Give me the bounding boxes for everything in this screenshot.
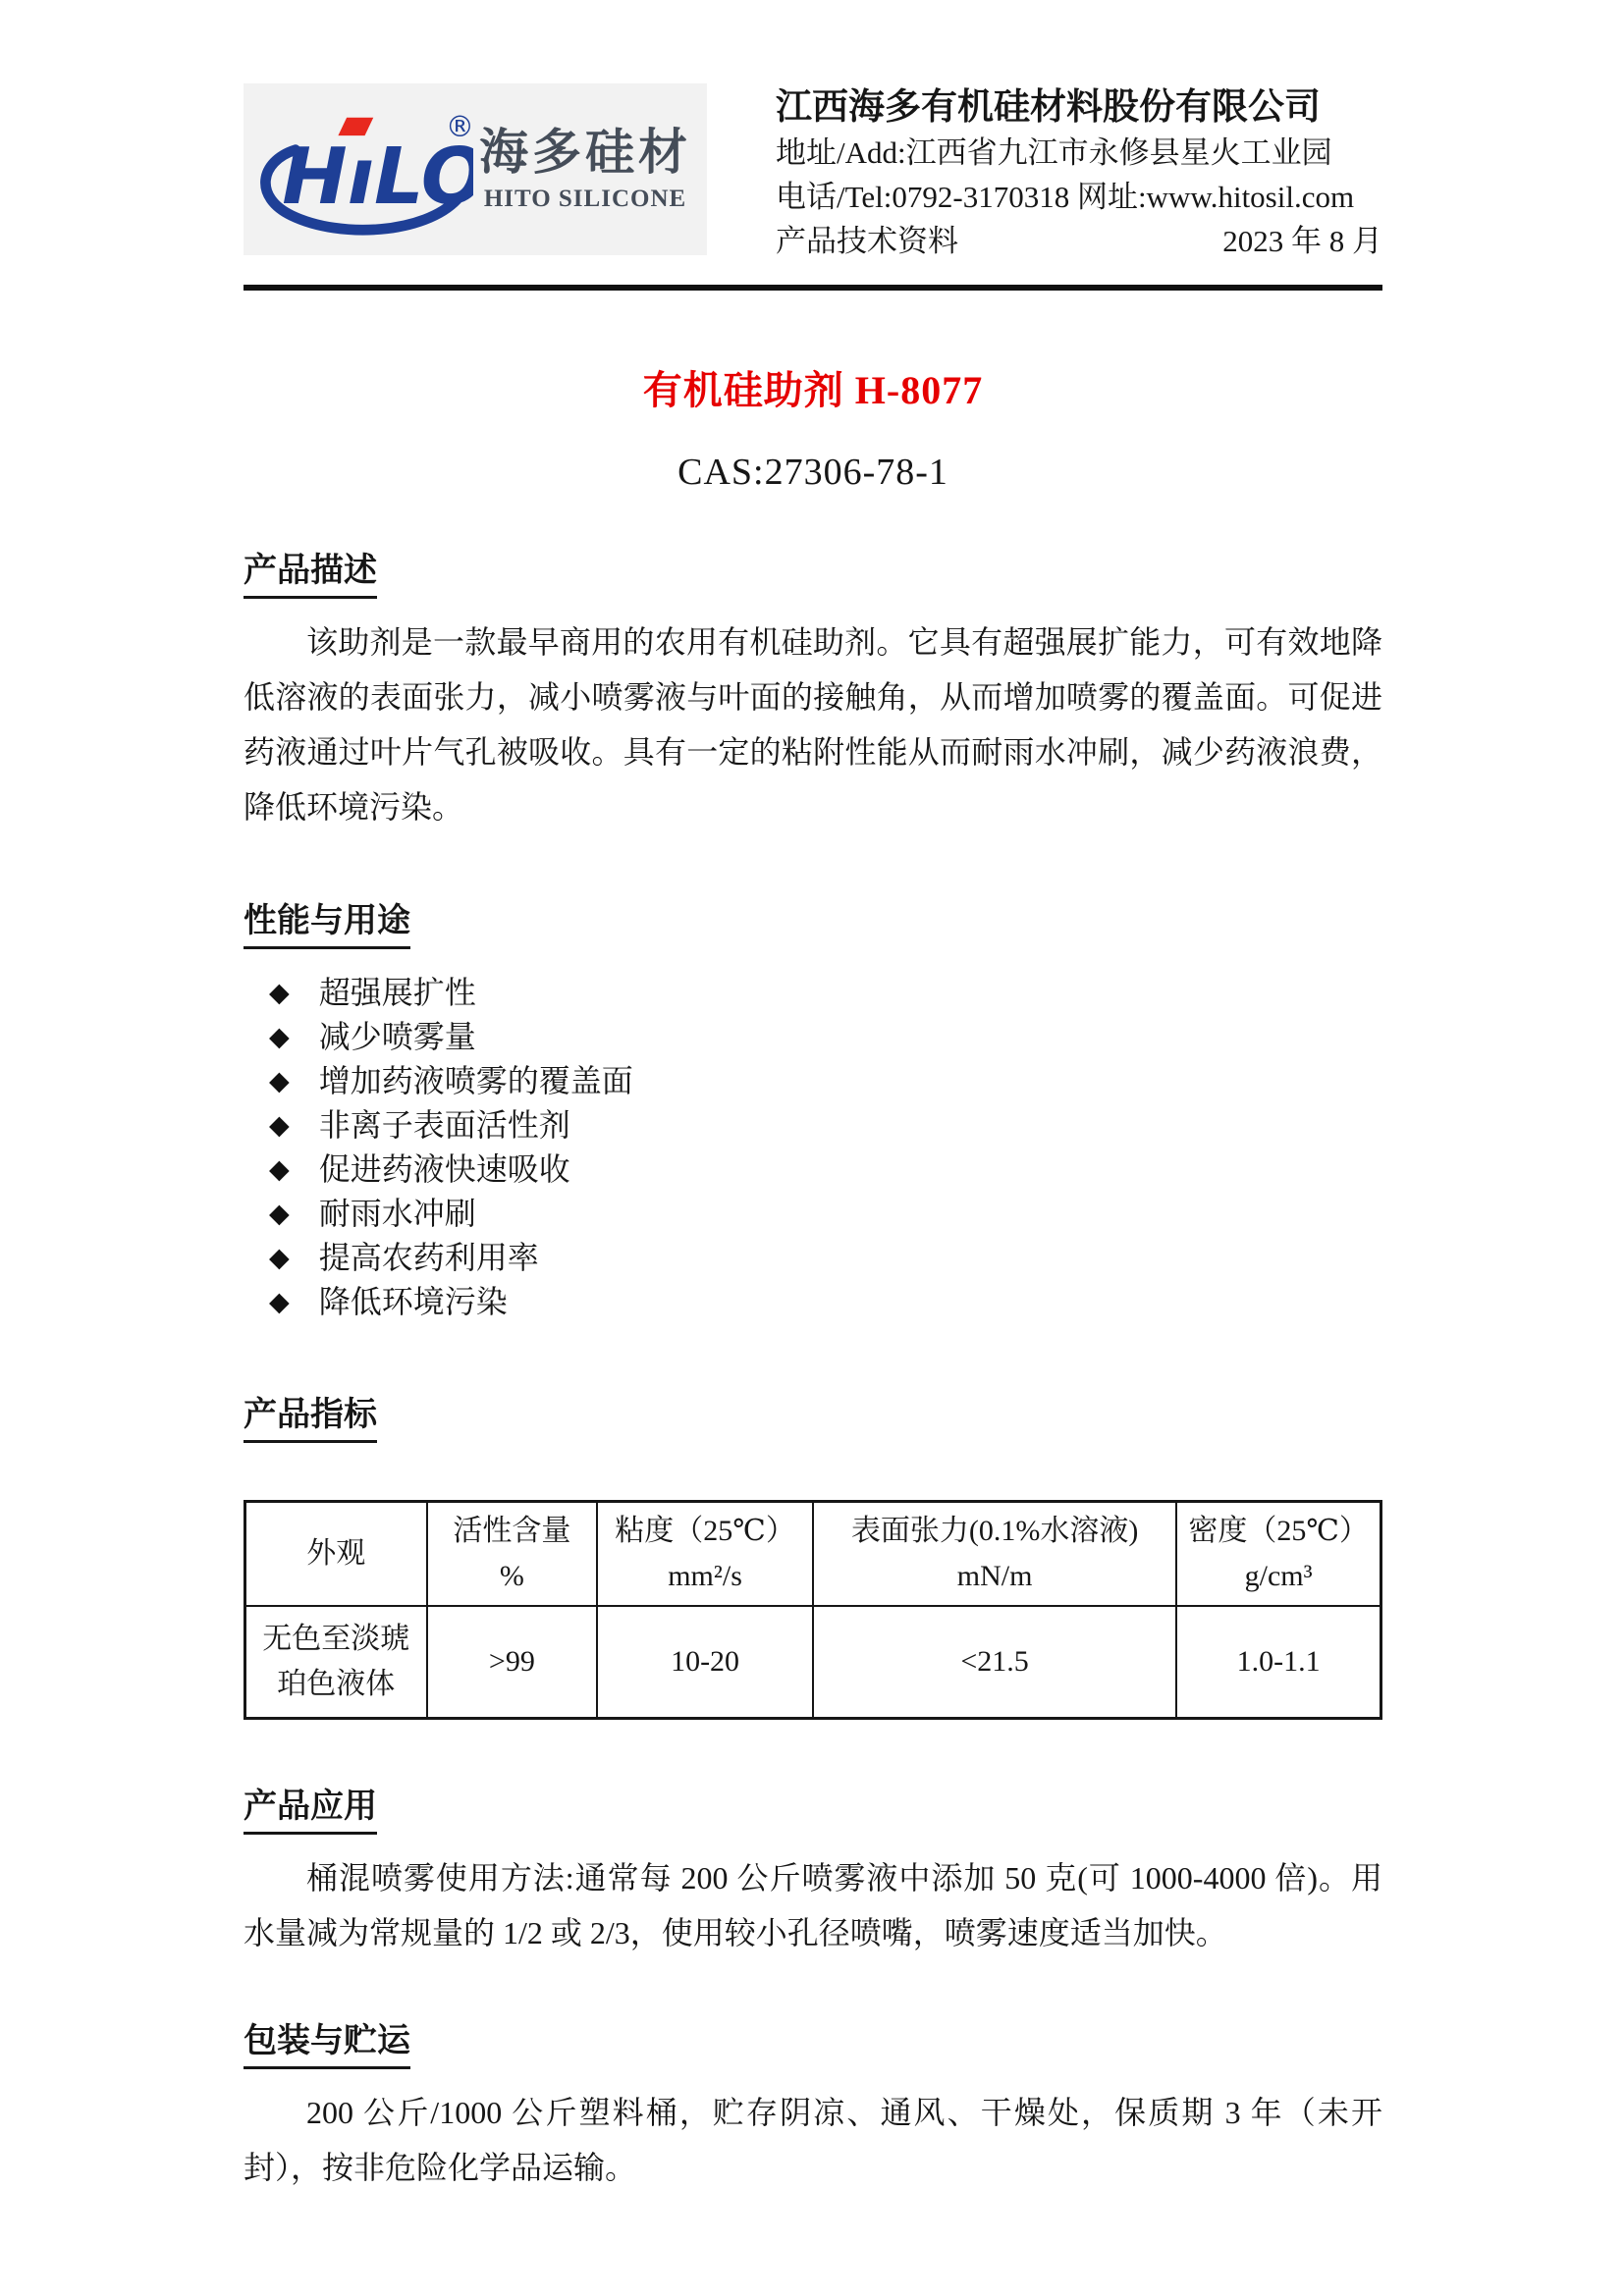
feature-label: 提高农药利用率 [319, 1236, 539, 1280]
list-item: ◆ 增加药液喷雾的覆盖面 [269, 1059, 1382, 1103]
cas-number: CAS:27306-78-1 [244, 451, 1382, 494]
company-info: 江西海多有机硅材料股份有限公司 地址/Add:江西省九江市永修县星火工业园 电话… [776, 83, 1382, 263]
diamond-bullet-icon: ◆ [269, 1245, 290, 1271]
packaging-paragraph: 200 公斤/1000 公斤塑料桶，贮存阴凉、通风、干燥处，保质期 3 年（未开… [244, 2085, 1382, 2195]
company-logo: HıLO ® 海多硅材 HITO SILICONE [244, 83, 707, 255]
col-header-density: 密度（25℃） g/cm³ [1176, 1502, 1380, 1607]
list-item: ◆ 耐雨水冲刷 [269, 1192, 1382, 1236]
logo-cn-text: 海多硅材 [479, 128, 691, 177]
diamond-bullet-icon: ◆ [269, 1068, 290, 1095]
feature-label: 耐雨水冲刷 [319, 1192, 476, 1236]
diamond-bullet-icon: ◆ [269, 980, 290, 1006]
logo-text: 海多硅材 HITO SILICONE [479, 128, 691, 211]
feature-label: 降低环境污染 [319, 1280, 508, 1324]
feature-label: 超强展扩性 [319, 971, 476, 1015]
section-heading-specs: 产品指标 [244, 1387, 1382, 1443]
doc-type-label: 产品技术资料 [776, 219, 958, 263]
section-heading-application: 产品应用 [244, 1779, 1382, 1835]
section-heading-packaging: 包装与贮运 [244, 2013, 1382, 2069]
logo-en-text: HITO SILICONE [484, 187, 686, 211]
cell-surface-tension: <21.5 [813, 1606, 1176, 1719]
col-header-viscosity: 粘度（25℃） mm²/s [597, 1502, 813, 1607]
table-header-row: 外观 活性含量 % 粘度（25℃） mm²/s 表面张力(0.1%水溶液) mN… [245, 1502, 1381, 1607]
company-contact: 电话/Tel:0792-3170318 网址:www.hitosil.com [776, 175, 1382, 219]
cell-appearance: 无色至淡琥珀色液体 [245, 1606, 427, 1719]
diamond-bullet-icon: ◆ [269, 1024, 290, 1050]
logo-wordmark: HıLO [282, 130, 473, 221]
company-name: 江西海多有机硅材料股份有限公司 [776, 85, 1382, 131]
application-paragraph: 桶混喷雾使用方法:通常每 200 公斤喷雾液中添加 50 克(可 1000-40… [244, 1850, 1382, 1960]
document-page: HıLO ® 海多硅材 HITO SILICONE 江西海多有机硅材料股份有限公… [0, 0, 1624, 2296]
hito-logo-icon: HıLO ® [259, 96, 473, 243]
doc-date: 2023 年 8 月 [1222, 219, 1382, 263]
section-heading-features: 性能与用途 [244, 893, 1382, 949]
feature-list: ◆ 超强展扩性 ◆ 减少喷雾量 ◆ 增加药液喷雾的覆盖面 ◆ 非离子表面活性剂 … [244, 971, 1382, 1324]
header-divider [244, 285, 1382, 291]
col-header-surface-tension: 表面张力(0.1%水溶液) mN/m [813, 1502, 1176, 1607]
feature-label: 减少喷雾量 [319, 1015, 476, 1059]
product-title: 有机硅助剂 H-8077 [244, 359, 1382, 415]
cell-density: 1.0-1.1 [1176, 1606, 1380, 1719]
diamond-bullet-icon: ◆ [269, 1112, 290, 1139]
page-header: HıLO ® 海多硅材 HITO SILICONE 江西海多有机硅材料股份有限公… [244, 83, 1382, 263]
description-paragraph: 该助剂是一款最早商用的农用有机硅助剂。它具有超强展扩能力，可有效地降低溶液的表面… [244, 614, 1382, 834]
list-item: ◆ 促进药液快速吸收 [269, 1148, 1382, 1192]
feature-label: 非离子表面活性剂 [319, 1103, 570, 1148]
list-item: ◆ 超强展扩性 [269, 971, 1382, 1015]
specs-table: 外观 活性含量 % 粘度（25℃） mm²/s 表面张力(0.1%水溶液) mN… [244, 1500, 1382, 1720]
col-header-active-content: 活性含量 % [427, 1502, 598, 1607]
list-item: ◆ 降低环境污染 [269, 1280, 1382, 1324]
list-item: ◆ 非离子表面活性剂 [269, 1103, 1382, 1148]
list-item: ◆ 减少喷雾量 [269, 1015, 1382, 1059]
feature-label: 促进药液快速吸收 [319, 1148, 570, 1192]
list-item: ◆ 提高农药利用率 [269, 1236, 1382, 1280]
cell-viscosity: 10-20 [597, 1606, 813, 1719]
diamond-bullet-icon: ◆ [269, 1201, 290, 1227]
cell-active-content: >99 [427, 1606, 598, 1719]
diamond-bullet-icon: ◆ [269, 1156, 290, 1183]
col-header-appearance: 外观 [245, 1502, 427, 1607]
registered-mark-icon: ® [446, 110, 473, 143]
feature-label: 增加药液喷雾的覆盖面 [319, 1059, 633, 1103]
table-row: 无色至淡琥珀色液体 >99 10-20 <21.5 1.0-1.1 [245, 1606, 1381, 1719]
diamond-bullet-icon: ◆ [269, 1289, 290, 1315]
company-address: 地址/Add:江西省九江市永修县星火工业园 [776, 131, 1382, 175]
doc-meta-row: 产品技术资料 2023 年 8 月 [776, 219, 1382, 263]
section-heading-description: 产品描述 [244, 543, 1382, 599]
